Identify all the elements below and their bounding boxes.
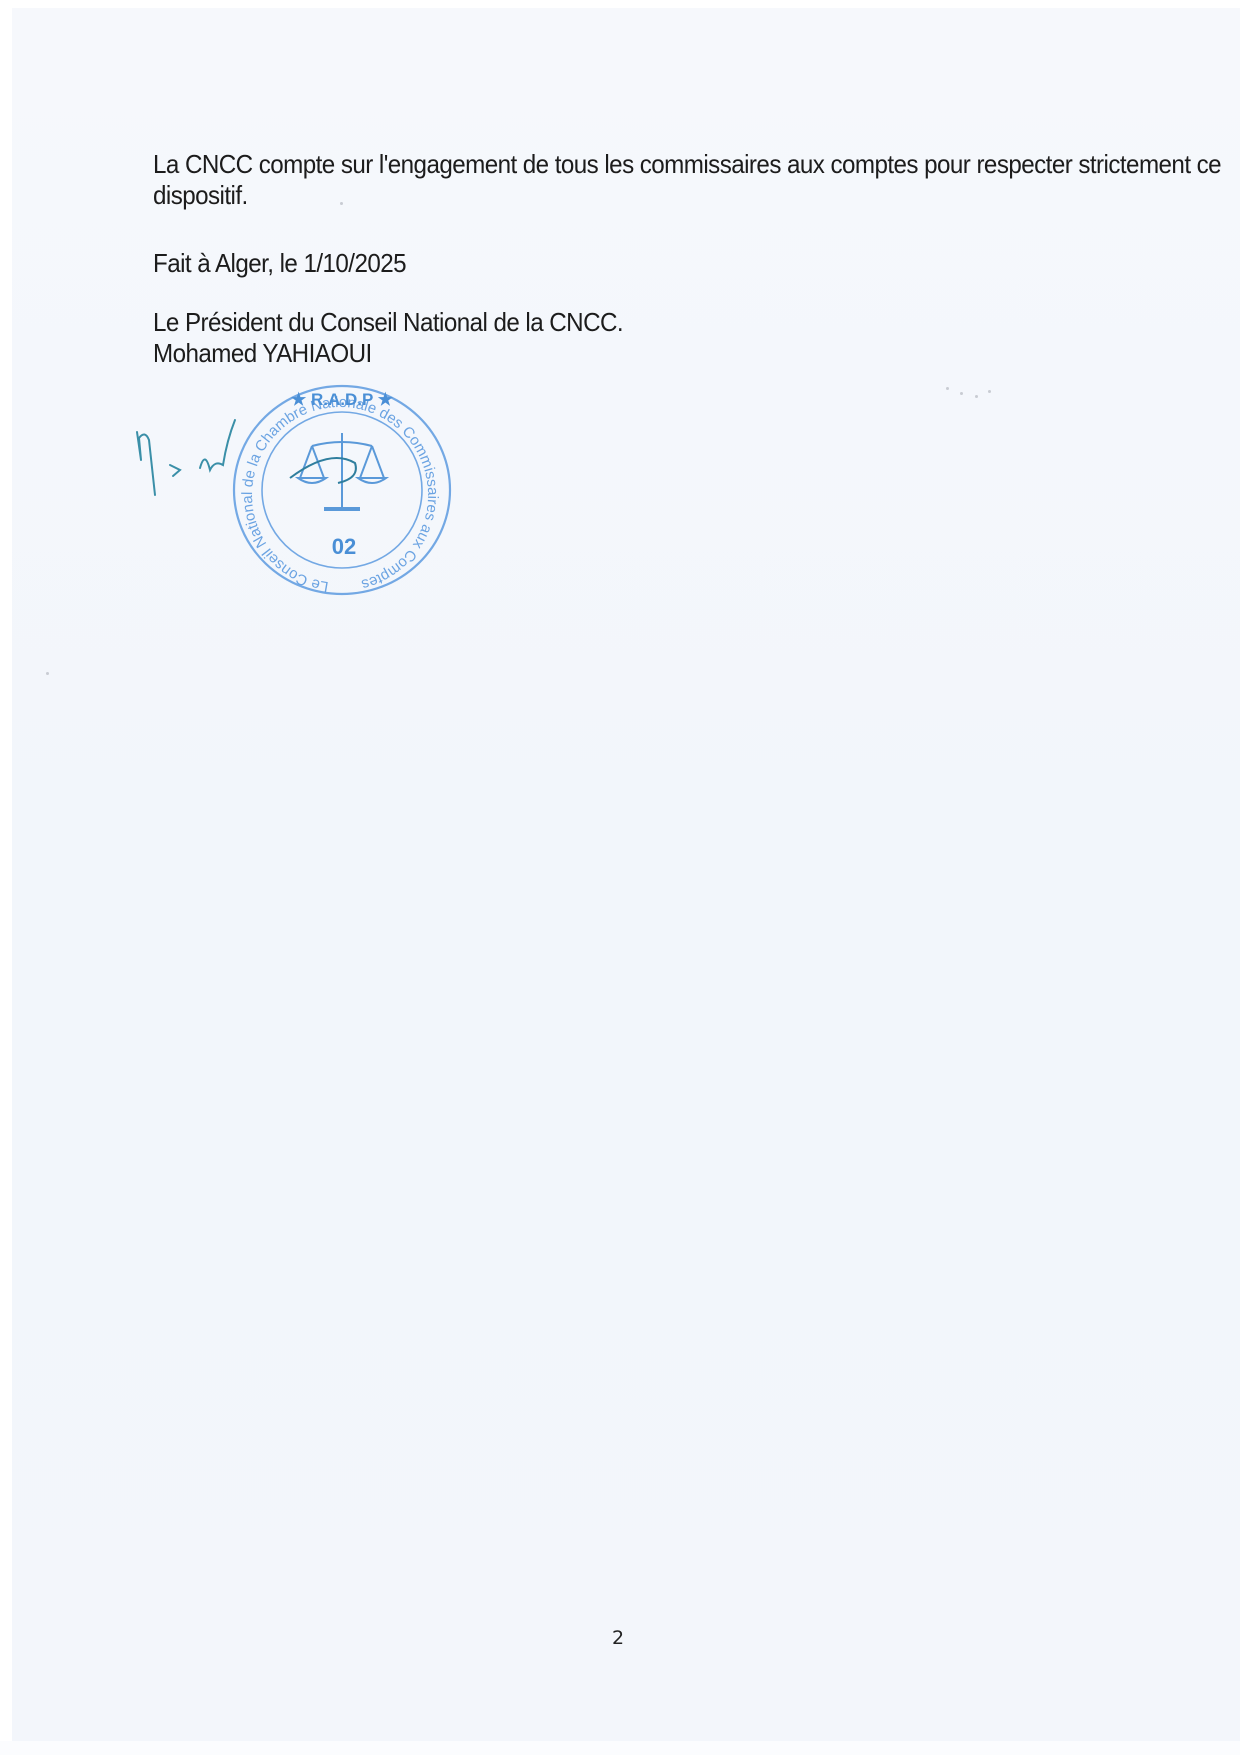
- scan-edge: [0, 0, 1240, 8]
- scan-speck: [975, 395, 978, 398]
- scan-speck: [46, 672, 49, 675]
- scan-speck: [960, 392, 963, 395]
- page-number: 2: [612, 1627, 624, 1649]
- svg-text:★ R.A.D.P ★: ★ R.A.D.P ★: [291, 390, 394, 409]
- svg-text:Le Conseil National de la Cham: Le Conseil National de la Chambre Nation…: [239, 394, 441, 595]
- scan-speck: [946, 387, 949, 390]
- document-page: La CNCC compte sur l'engagement de tous …: [0, 0, 1240, 1755]
- scan-edge: [0, 0, 12, 1755]
- scan-edge: [0, 1741, 1240, 1755]
- signatory-name: Mohamed YAHIAOUI: [153, 338, 372, 369]
- closing-paragraph: La CNCC compte sur l'engagement de tous …: [153, 149, 1232, 211]
- svg-text:02: 02: [332, 534, 356, 559]
- scan-speck: [988, 390, 991, 393]
- scan-speck: [340, 202, 343, 205]
- place-and-date: Fait à Alger, le 1/10/2025: [153, 248, 406, 279]
- signatory-title: Le Président du Conseil National de la C…: [153, 307, 623, 338]
- handwritten-signature-icon: [125, 410, 265, 510]
